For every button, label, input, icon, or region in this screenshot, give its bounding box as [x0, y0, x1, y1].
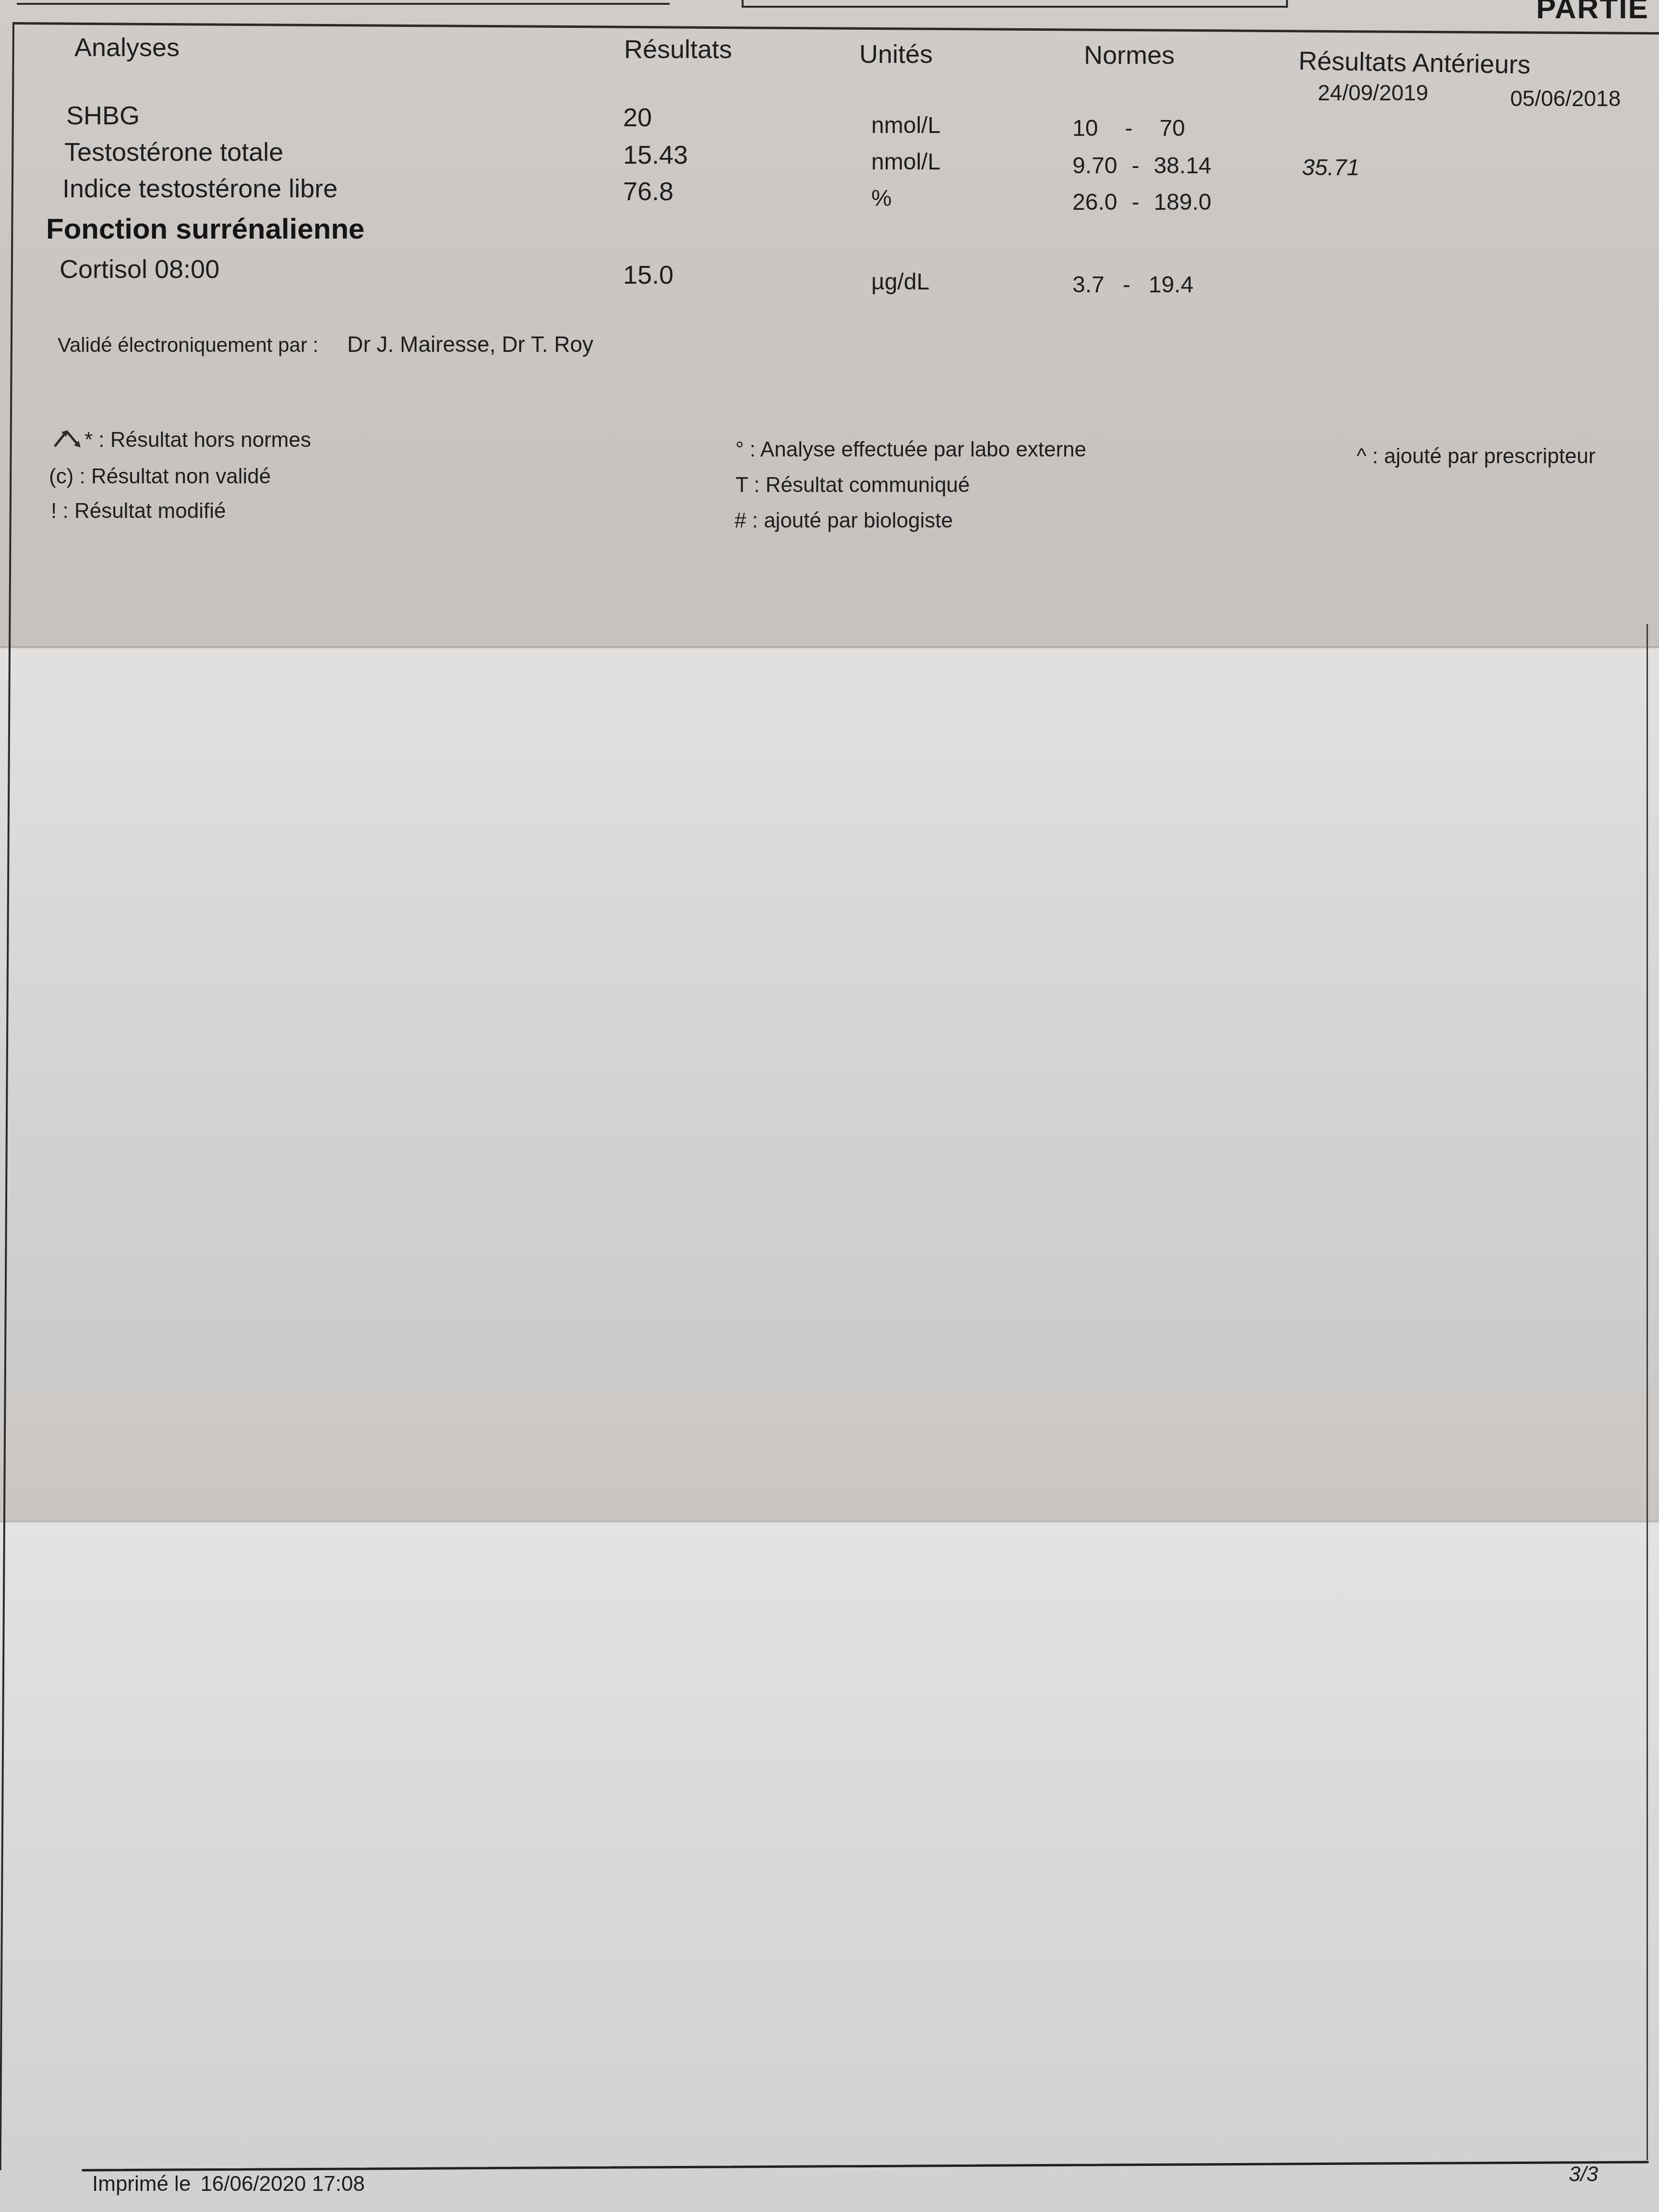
validation-line: Validé électroniquement par :Dr J. Maire…	[58, 331, 593, 357]
page-number: 3/3	[1569, 2163, 1598, 2187]
norm-high: 70	[1159, 116, 1185, 141]
previous-date-1: 24/09/2019	[1318, 80, 1428, 106]
previous-date-2: 05/06/2018	[1510, 85, 1621, 111]
norm-high: 189.0	[1154, 190, 1211, 215]
column-header-analyses: Analyses	[74, 33, 180, 62]
legend-not-validated: (c) : Résultat non validé	[49, 465, 271, 489]
analysis-unit: nmol/L	[871, 112, 940, 139]
legend-added-by-biologist: # : ajouté par biologiste	[734, 509, 953, 533]
header-fragment: PARTIE	[1536, 0, 1649, 25]
analysis-norm-range: 26.0-189.0	[1072, 189, 1212, 216]
legend-modified: ! : Résultat modifié	[51, 499, 226, 523]
header-box-border	[17, 0, 670, 5]
analysis-name: Testostérone totale	[64, 137, 283, 167]
range-separator: -	[1131, 189, 1139, 216]
range-separator: -	[1125, 115, 1132, 142]
validation-label: Validé électroniquement par :	[58, 334, 318, 356]
header-box-border	[742, 0, 1288, 8]
legend-text: * : Résultat hors normes	[84, 428, 311, 452]
column-header-units: Unités	[859, 39, 933, 69]
legend-added-by-prescriber: ^ : ajouté par prescripteur	[1357, 445, 1596, 469]
analysis-unit: µg/dL	[871, 269, 929, 295]
up-down-arrows-icon	[53, 428, 83, 455]
analysis-norm-range: 9.70-38.14	[1072, 153, 1212, 179]
norm-low: 10	[1072, 116, 1098, 141]
range-separator: -	[1131, 153, 1139, 179]
analysis-name: SHBG	[66, 101, 140, 131]
legend-communicated: T : Résultat communiqué	[735, 473, 970, 497]
norm-low: 26.0	[1072, 190, 1117, 215]
analysis-unit: nmol/L	[871, 149, 940, 175]
legend-external-lab: ° : Analyse effectuée par labo externe	[735, 438, 1086, 462]
legend-out-of-range: * : Résultat hors normes	[53, 428, 311, 455]
column-header-previous-results: Résultats Antérieurs	[1298, 46, 1530, 80]
analysis-result: 20	[623, 103, 652, 132]
printed-date: 16/06/2020 17:08	[200, 2172, 365, 2196]
analysis-norm-range: 10-70	[1072, 115, 1185, 142]
printed-label: Imprimé le	[92, 2172, 191, 2196]
norm-high: 19.4	[1149, 272, 1193, 298]
range-separator: -	[1123, 272, 1130, 298]
analysis-name: Indice testostérone libre	[62, 174, 337, 204]
previous-result-1: 35.71	[1302, 155, 1359, 181]
validation-doctors: Dr J. Mairesse, Dr T. Roy	[347, 332, 593, 357]
norm-high: 38.14	[1154, 153, 1211, 179]
printed-timestamp: Imprimé le16/06/2020 17:08	[92, 2172, 365, 2196]
section-title: Fonction surrénalienne	[46, 212, 364, 245]
column-header-norms: Normes	[1084, 40, 1175, 70]
analysis-name: Cortisol 08:00	[60, 254, 219, 284]
column-header-results: Résultats	[624, 35, 732, 64]
report-frame-right	[1647, 624, 1648, 2160]
analysis-result: 76.8	[623, 177, 673, 206]
norm-low: 9.70	[1072, 153, 1117, 179]
analysis-unit: %	[871, 185, 892, 212]
analysis-result: 15.43	[623, 140, 688, 170]
analysis-norm-range: 3.7-19.4	[1072, 272, 1193, 298]
norm-low: 3.7	[1072, 272, 1105, 298]
analysis-result: 15.0	[623, 260, 673, 290]
